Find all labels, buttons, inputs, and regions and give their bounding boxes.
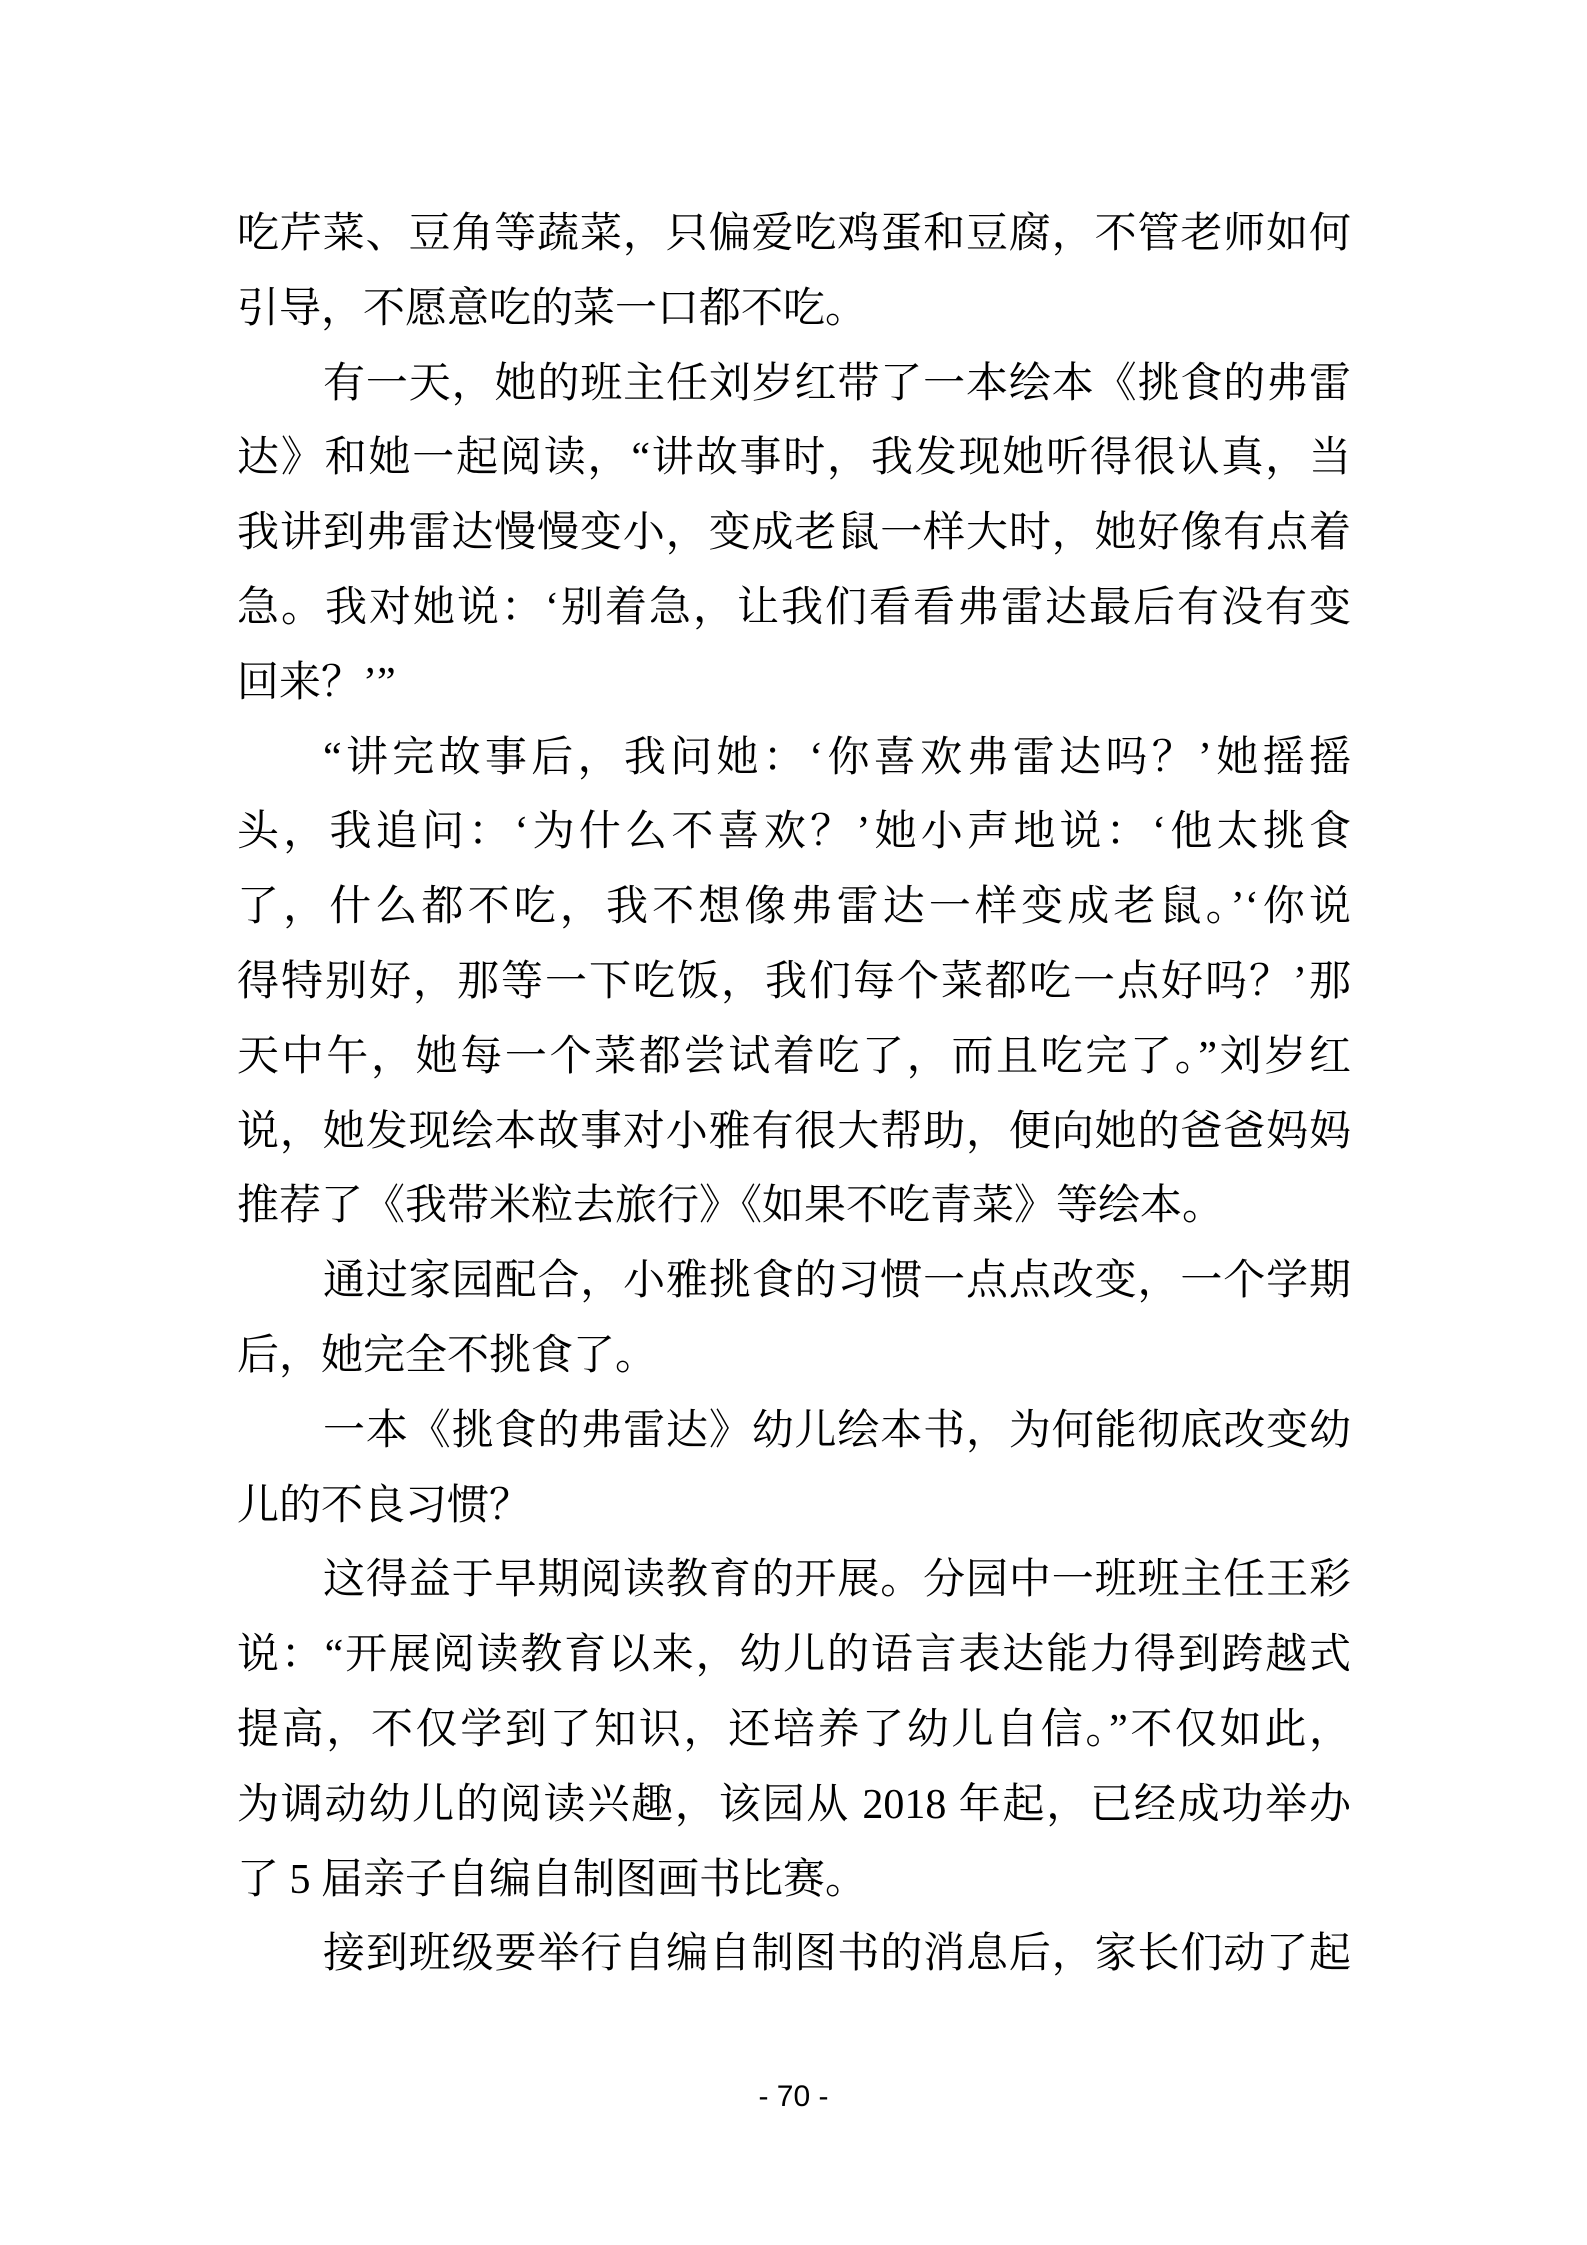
text-line: 说：“开展阅读教育以来，幼儿的语言表达能力得到跨越式 xyxy=(237,1618,1351,1693)
text-line: 为调动幼儿的阅读兴趣，该园从 2018 年起，已经成功举办 xyxy=(237,1768,1351,1843)
text-line: 天中午，她每一个菜都尝试着吃了，而且吃完了。”刘岁红 xyxy=(237,1020,1351,1095)
text-line: 接到班级要举行自编自制图书的消息后，家长们动了起 xyxy=(237,1917,1351,1992)
text-line: “讲完故事后，我问她：‘你喜欢弗雷达吗？’她摇摇 xyxy=(237,721,1351,796)
text-line: 头，我追问：‘为什么不喜欢？’她小声地说：‘他太挑食 xyxy=(237,795,1351,870)
text-line: 回来？’” xyxy=(237,646,1351,721)
text-line: 提高，不仅学到了知识，还培养了幼儿自信。”不仅如此， xyxy=(237,1693,1351,1768)
text-line: 说，她发现绘本故事对小雅有很大帮助，便向她的爸爸妈妈 xyxy=(237,1095,1351,1170)
text-line: 达》和她一起阅读，“讲故事时，我发现她听得很认真，当 xyxy=(237,421,1351,496)
text-line: 后，她完全不挑食了。 xyxy=(237,1319,1351,1394)
text-line: 一本《挑食的弗雷达》幼儿绘本书，为何能彻底改变幼 xyxy=(237,1394,1351,1469)
text-line: 这得益于早期阅读教育的开展。分园中一班班主任王彩 xyxy=(237,1543,1351,1618)
text-line: 急。我对她说：‘别着急，让我们看看弗雷达最后有没有变 xyxy=(237,571,1351,646)
text-block: 吃芹菜、豆角等蔬菜，只偏爱吃鸡蛋和豆腐，不管老师如何引导，不愿意吃的菜一口都不吃… xyxy=(237,197,1351,1992)
text-line: 有一天，她的班主任刘岁红带了一本绘本《挑食的弗雷 xyxy=(237,347,1351,422)
text-line: 引导，不愿意吃的菜一口都不吃。 xyxy=(237,272,1351,347)
document-page: 吃芹菜、豆角等蔬菜，只偏爱吃鸡蛋和豆腐，不管老师如何引导，不愿意吃的菜一口都不吃… xyxy=(0,0,1587,2245)
text-line: 推荐了《我带米粒去旅行》《如果不吃青菜》等绘本。 xyxy=(237,1169,1351,1244)
text-line: 通过家园配合，小雅挑食的习惯一点点改变，一个学期 xyxy=(237,1244,1351,1319)
page-number: - 70 - xyxy=(0,2080,1587,2114)
text-line: 我讲到弗雷达慢慢变小，变成老鼠一样大时，她好像有点着 xyxy=(237,496,1351,571)
text-line: 儿的不良习惯？ xyxy=(237,1469,1351,1544)
text-line: 了，什么都不吃，我不想像弗雷达一样变成老鼠。’‘你说 xyxy=(237,870,1351,945)
text-line: 吃芹菜、豆角等蔬菜，只偏爱吃鸡蛋和豆腐，不管老师如何 xyxy=(237,197,1351,272)
text-line: 得特别好，那等一下吃饭，我们每个菜都吃一点好吗？’那 xyxy=(237,945,1351,1020)
text-line: 了 5 届亲子自编自制图画书比赛。 xyxy=(237,1843,1351,1918)
